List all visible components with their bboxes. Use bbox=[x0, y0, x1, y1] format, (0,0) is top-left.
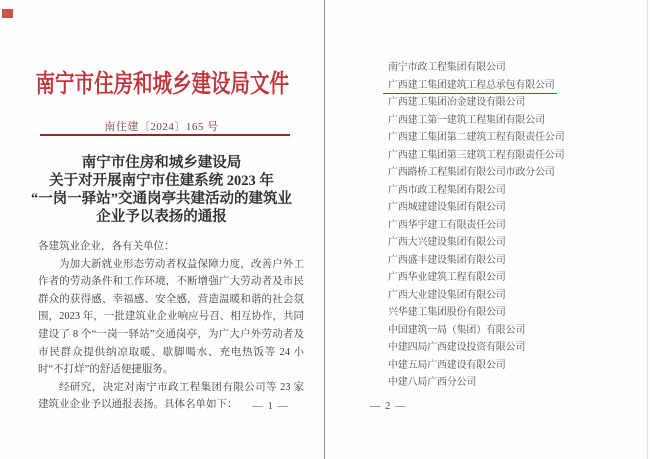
salutation: 各建筑业企业，各有关单位： bbox=[38, 238, 304, 256]
company-item: 中建八局广西分公司 bbox=[388, 372, 638, 390]
company-name: 南宁市政工程集团有限公司 bbox=[388, 61, 506, 74]
company-name: 广西建工集团第三建筑工程有限责任公司 bbox=[388, 149, 564, 162]
page-1: 南宁市住房和城乡建设局文件 南住建〔2024〕165 号 南宁市住房和城乡建设局… bbox=[0, 0, 323, 459]
document-number: 南住建〔2024〕165 号 bbox=[0, 120, 323, 134]
company-item: 广西城建建设集团有限公司 bbox=[388, 197, 638, 215]
notice-title-line: 关于对开展南宁市住建系统 2023 年 bbox=[0, 172, 323, 190]
company-item: 中建五局广西建设有限公司 bbox=[388, 355, 638, 373]
company-item: 广西市政工程集团有限公司 bbox=[388, 180, 638, 198]
company-name: 广西路桥工程集团有限公司市政分公司 bbox=[388, 166, 555, 179]
company-name: 广西大业建设集团有限公司 bbox=[388, 289, 506, 302]
company-name: 中建八局广西分公司 bbox=[388, 376, 476, 389]
company-name: 广西建工集团冶金建设有限公司 bbox=[388, 96, 525, 109]
company-item: 广西华业建筑工程有限公司 bbox=[388, 267, 638, 285]
notice-title: 南宁市住房和城乡建设局 关于对开展南宁市住建系统 2023 年 “一岗一驿站”交… bbox=[0, 154, 323, 226]
company-name: 中建四局广西建设投资有限公司 bbox=[388, 341, 525, 354]
company-name: 广西建工集团第二建筑工程有限责任公司 bbox=[388, 131, 564, 144]
scan-edge-line bbox=[647, 0, 648, 459]
notice-title-line: “一岗一驿站”交通岗亭共建活动的建筑业 bbox=[0, 190, 323, 208]
company-item: 广西建工集团第二建筑工程有限责任公司 bbox=[388, 127, 638, 145]
company-item: 广西建工集团冶金建设有限公司 bbox=[388, 92, 638, 110]
company-name: 中建五局广西建设有限公司 bbox=[388, 359, 506, 372]
company-name: 广西华宇建工有限责任公司 bbox=[388, 219, 506, 232]
company-name: 兴华建工集团股份有限公司 bbox=[388, 306, 506, 319]
notice-body: 各建筑业企业，各有关单位： 为加大新就业形态劳动者权益保障力度，改善户外工作者的… bbox=[38, 238, 304, 414]
company-name: 广西大兴建设集团有限公司 bbox=[388, 236, 506, 249]
company-item: 中建四局广西建设投资有限公司 bbox=[388, 337, 638, 355]
company-name: 广西华业建筑工程有限公司 bbox=[388, 271, 506, 284]
company-item: 广西盛丰建设集团有限公司 bbox=[388, 250, 638, 268]
letterhead-rule bbox=[40, 134, 290, 136]
document-scan: 南宁市住房和城乡建设局文件 南住建〔2024〕165 号 南宁市住房和城乡建设局… bbox=[0, 0, 650, 459]
company-name: 广西市政工程集团有限公司 bbox=[388, 184, 506, 197]
company-item: 广西建工集团第三建筑工程有限责任公司 bbox=[388, 145, 638, 163]
company-item: 广西建工第一建筑工程集团有限公司 bbox=[388, 110, 638, 128]
company-item: 南宁市政工程集团有限公司 bbox=[388, 57, 638, 75]
letterhead-title: 南宁市住房和城乡建设局文件 bbox=[36, 70, 288, 100]
company-name: 广西城建建设集团有限公司 bbox=[388, 201, 506, 214]
company-item: 广西建工集团建筑工程总承包有限公司 bbox=[388, 75, 638, 93]
company-item: 中国建筑一局（集团）有限公司 bbox=[388, 320, 638, 338]
company-list: 南宁市政工程集团有限公司广西建工集团建筑工程总承包有限公司广西建工集团冶金建设有… bbox=[388, 57, 638, 390]
company-item: 广西华宇建工有限责任公司 bbox=[388, 215, 638, 233]
company-item: 广西大业建设集团有限公司 bbox=[388, 285, 638, 303]
scan-artifact-red-mark bbox=[2, 9, 13, 18]
company-item: 广西路桥工程集团有限公司市政分公司 bbox=[388, 162, 638, 180]
page-2: 南宁市政工程集团有限公司广西建工集团建筑工程总承包有限公司广西建工集团冶金建设有… bbox=[326, 0, 650, 459]
page-number-2: — 2 — bbox=[370, 400, 407, 414]
company-name: 广西盛丰建设集团有限公司 bbox=[388, 254, 506, 267]
company-item: 广西大兴建设集团有限公司 bbox=[388, 232, 638, 250]
page-divider bbox=[324, 0, 325, 459]
page-number-1: — 1 — bbox=[253, 400, 290, 414]
notice-title-line: 企业予以表扬的通报 bbox=[0, 208, 323, 226]
body-paragraphs: 为加大新就业形态劳动者权益保障力度，改善户外工作者的劳动条件和工作环境，不断增强… bbox=[38, 256, 304, 414]
body-paragraph: 为加大新就业形态劳动者权益保障力度，改善户外工作者的劳动条件和工作环境，不断增强… bbox=[38, 256, 304, 379]
company-item: 兴华建工集团股份有限公司 bbox=[388, 302, 638, 320]
notice-title-line: 南宁市住房和城乡建设局 bbox=[0, 154, 323, 172]
company-name: 广西建工第一建筑工程集团有限公司 bbox=[388, 114, 545, 127]
company-name: 中国建筑一局（集团）有限公司 bbox=[388, 324, 525, 337]
